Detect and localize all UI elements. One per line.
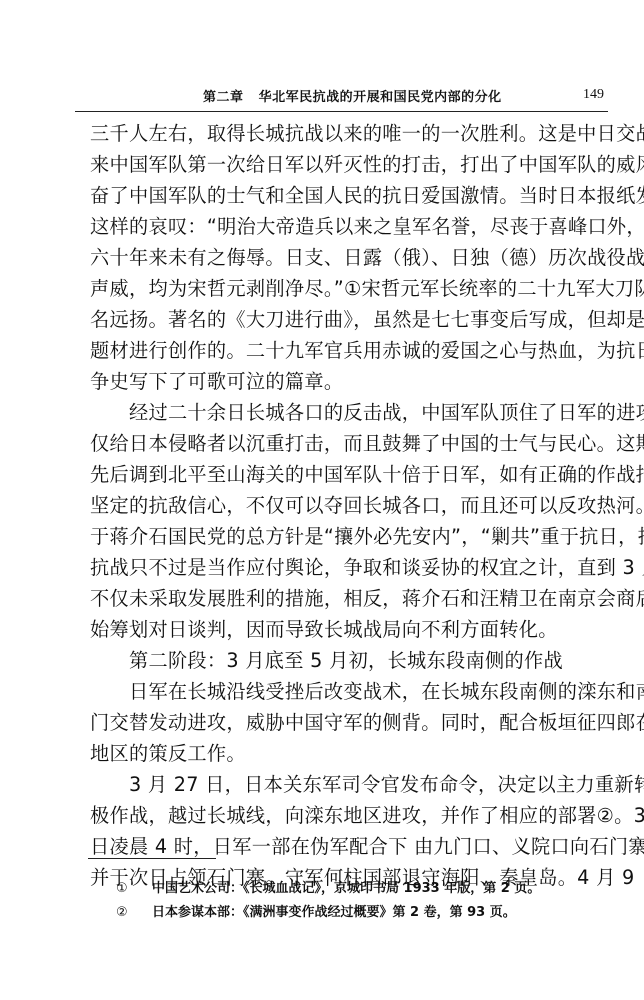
text-line: 极作战，越过长城线，向滦东地区进攻，并作了相应的部署②。3 月 31	[90, 800, 610, 831]
text-line: 仅给日本侵略者以沉重打击，而且鼓舞了中国的士气与民心。这期间	[90, 428, 610, 459]
footnotes: ①中国艺术公司：《长城血战记》，京城印书局 1933 年版，第 2 页。 ②日本…	[116, 877, 616, 925]
section-heading: 第二阶段：3 月底至 5 月初，长城东段南侧的作战	[90, 645, 610, 676]
footnote-marker: ②	[116, 901, 152, 925]
text-line: 六十年来未有之侮辱。日支、日露（俄）、日独（德）历次战役战胜攻取之	[90, 242, 610, 273]
text-line: 三千人左右，取得长城抗战以来的唯一的一次胜利。这是中日交战以	[90, 118, 610, 149]
text-line: 声威，均为宋哲元剥削净尽。”①宋哲元军长统率的二十九军大刀队威	[90, 273, 610, 304]
book-page: 第二章 华北军民抗战的开展和国民党内部的分化 149 三千人左右，取得长城抗战以…	[0, 0, 644, 1000]
footnote-marker: ①	[116, 877, 152, 901]
text-line: 于蒋介石国民党的总方针是“攘外必先安内”，“剿共”重于抗日，把长城	[90, 521, 610, 552]
running-head: 第二章 华北军民抗战的开展和国民党内部的分化 149	[75, 86, 608, 108]
header-rule	[75, 111, 608, 112]
footnote-1: ①中国艺术公司：《长城血战记》，京城印书局 1933 年版，第 2 页。	[116, 877, 616, 901]
footnote-text: 日本参谋本部：《满洲事变作战经过概要》第 2 卷，第 93 页。	[152, 905, 516, 920]
text-line: 3 月 27 日，日本关东军司令官发布命令，决定以主力重新转向积	[90, 769, 610, 800]
text-line: 抗战只不过是当作应付舆论，争取和谈妥协的权宜之计，直到 3 月底，	[90, 552, 610, 583]
text-line: 奋了中国军队的士气和全国人民的抗日爱国激情。当时日本报纸发出	[90, 180, 610, 211]
chapter-title: 第二章 华北军民抗战的开展和国民党内部的分化	[203, 86, 502, 105]
text-line: 不仅未采取发展胜利的措施，相反，蒋介石和汪精卫在南京会商后，开	[90, 583, 610, 614]
footnote-rule	[88, 858, 216, 859]
text-line: 经过二十余日长城各口的反击战，中国军队顶住了日军的进攻，不	[90, 397, 610, 428]
footnote-text: 中国艺术公司：《长城血战记》，京城印书局 1933 年版，第 2 页。	[152, 881, 540, 896]
text-line: 来中国军队第一次给日军以歼灭性的打击，打出了中国军队的威风，振	[90, 149, 610, 180]
text-line: 名远扬。著名的《大刀进行曲》，虽然是七七事变后写成，但却是以此为	[90, 304, 610, 335]
text-line: 门交替发动进攻，威胁中国守军的侧背。同时，配合板垣征四郎在平津	[90, 707, 610, 738]
text-line: 坚定的抗敌信心，不仅可以夺回长城各口，而且还可以反攻热河。但由	[90, 490, 610, 521]
footnote-2: ②日本参谋本部：《满洲事变作战经过概要》第 2 卷，第 93 页。	[116, 901, 616, 925]
text-line: 争史写下了可歌可泣的篇章。	[90, 366, 610, 397]
text-line: 题材进行创作的。二十九军官兵用赤诚的爱国之心与热血，为抗日战	[90, 335, 610, 366]
text-line: 日军在长城沿线受挫后改变战术，在长城东段南侧的滦东和南天	[90, 676, 610, 707]
text-line: 先后调到北平至山海关的中国军队十倍于日军，如有正确的作战指导，	[90, 459, 610, 490]
text-line: 地区的策反工作。	[90, 738, 610, 769]
text-line: 始筹划对日谈判，因而导致长城战局向不利方面转化。	[90, 614, 610, 645]
text-line: 这样的哀叹：“明治大帝造兵以来之皇军名誉，尽丧于喜峰口外，而遭受	[90, 211, 610, 242]
page-number: 149	[583, 87, 604, 103]
body-text: 三千人左右，取得长城抗战以来的唯一的一次胜利。这是中日交战以 来中国军队第一次给…	[90, 118, 610, 893]
